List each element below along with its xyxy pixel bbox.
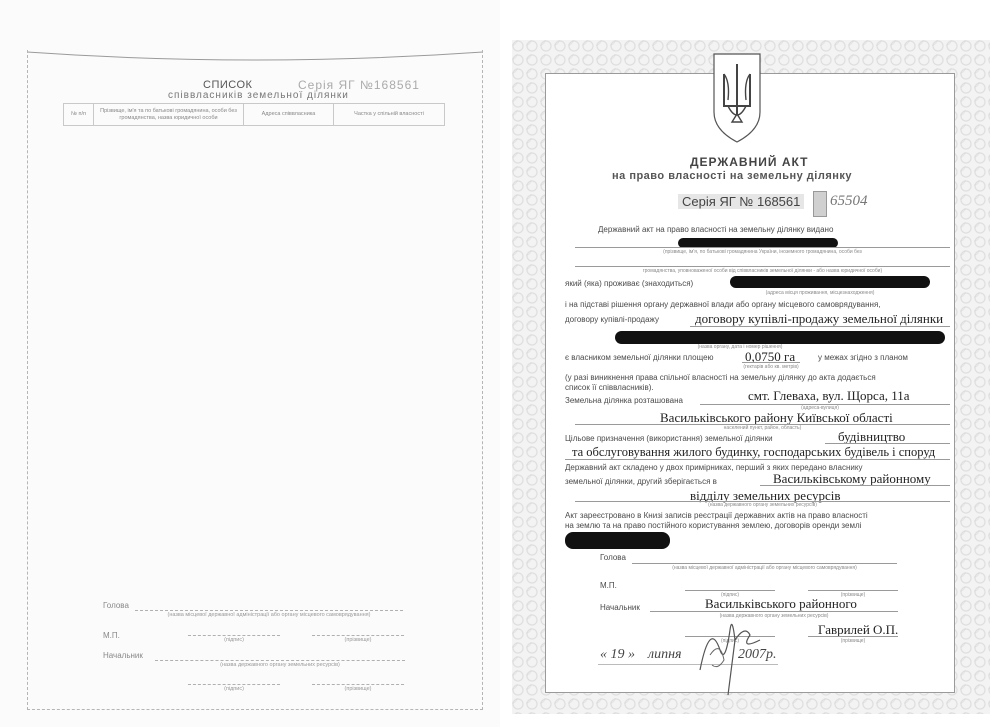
act-serial: Серія ЯГ № 168561 [678,194,804,209]
left-signature-line [188,635,280,636]
area-caption: (гектарів або кв. метрів) [742,364,800,370]
plan-label: у межах згідно з планом [818,353,908,362]
right-signature-line [685,590,775,591]
left-surname-line-2 [312,684,404,685]
area-line [742,362,800,363]
area-label: є власником земельної ділянки площею [565,353,714,362]
owner-line-1 [575,247,950,248]
col-number: № п/п [64,104,94,125]
left-signature-caption: (підпис) [188,637,280,643]
left-page-frame [27,50,483,710]
right-surname-caption-2: (прізвище) [808,638,898,644]
redacted-registration-number [565,532,670,549]
barcode-stamp [813,191,827,217]
copies-text-2: земельної ділянки, другий зберігається в [565,477,717,486]
owner-caption-2: громадянства, уповноваженої особи від сп… [575,268,950,274]
left-head-caption: (назва місцевої державної адміністрації … [135,612,403,618]
right-chief-label: Начальник [600,603,640,612]
right-stamp-label: М.П. [600,581,617,590]
redacted-address [730,276,930,288]
right-chief-caption: (назва державного органу земельних ресур… [650,613,898,619]
coowner-note-2: список її співвласників). [565,383,654,392]
copies-caption: (назва державного органу земельних ресур… [575,502,950,508]
registered-text-2: на землю та на право постійного користув… [565,521,861,530]
left-head-label: Голова [103,601,129,610]
trident-coat-of-arms-icon [712,52,762,144]
handwritten-serial: 65504 [830,193,868,210]
coowner-note-1: (у разі виникнення права спільної власно… [565,373,876,382]
right-chief-line [650,611,898,612]
redacted-decision [615,331,945,344]
address-caption: (адреса місця проживання, місцезнаходжен… [700,290,940,296]
copies-line-1 [760,485,950,486]
right-head-line [632,563,897,564]
contract-value: договору купівлі-продажу земельної ділян… [695,311,943,327]
left-stamp-label: М.П. [103,631,120,640]
coowners-table-header: № п/п Прізвище, ім'я та по батькові гром… [63,103,445,126]
basis-label: і на підставі рішення органу державної в… [565,300,881,309]
date-day: « 19 » [600,647,635,663]
contract-label: договору купівлі-продажу [565,315,659,324]
left-head-line [135,610,403,611]
owner-line-2 [575,266,950,267]
left-surname-line [312,635,404,636]
act-subtitle: на право власності на земельну ділянку [612,170,852,182]
date-month: липня [648,647,682,663]
right-head-label: Голова [600,553,626,562]
left-signature-caption-2: (підпис) [188,686,280,692]
left-chief-caption: (назва державного органу земельних ресур… [155,662,405,668]
location-street: смт. Глеваха, вул. Щорса, 11а [748,388,910,404]
location-label: Земельна ділянка розташована [565,396,683,405]
right-head-caption: (назва місцевої державної адміністрації … [632,565,897,571]
resides-label: який (яка) проживає (знаходиться) [565,279,693,288]
left-surname-caption-2: (прізвище) [312,686,404,692]
purpose-value-2: та обслуговування жилого будинку, господ… [572,445,935,460]
issued-to-label: Державний акт на право власності на земе… [598,225,833,234]
left-signature-line-2 [188,684,280,685]
right-surname-line [808,590,898,591]
right-surname-line-2 [808,636,898,637]
left-page-coowners-list: СПИСОК Серія ЯГ №168561 співвласників зе… [0,0,500,727]
registered-text-1: Акт зареєстровано в Книзі записів реєстр… [565,511,868,520]
act-serial-box: Серія ЯГ № 168561 [678,193,804,211]
owner-caption-1: (прізвище, ім'я, по батькові громадянина… [575,249,950,255]
purpose-line-1 [825,443,950,444]
handwritten-signature-icon [690,610,770,700]
left-chief-line [155,660,405,661]
contract-line [690,326,950,327]
act-title: ДЕРЖАВНИЙ АКТ [690,155,808,169]
purpose-label: Цільове призначення (використання) земел… [565,434,773,443]
list-subtitle: співвласників земельної ділянки [168,90,349,101]
left-chief-label: Начальник [103,651,143,660]
col-address: Адреса співвласника [244,104,334,125]
col-name: Прізвище, ім'я та по батькові громадянин… [94,104,244,125]
decision-caption: (назва органу, дата і номер рішення) [640,344,840,350]
left-surname-caption: (прізвище) [312,637,404,643]
purpose-line-2 [565,459,950,460]
col-share: Частка у спільній власності [334,104,444,125]
